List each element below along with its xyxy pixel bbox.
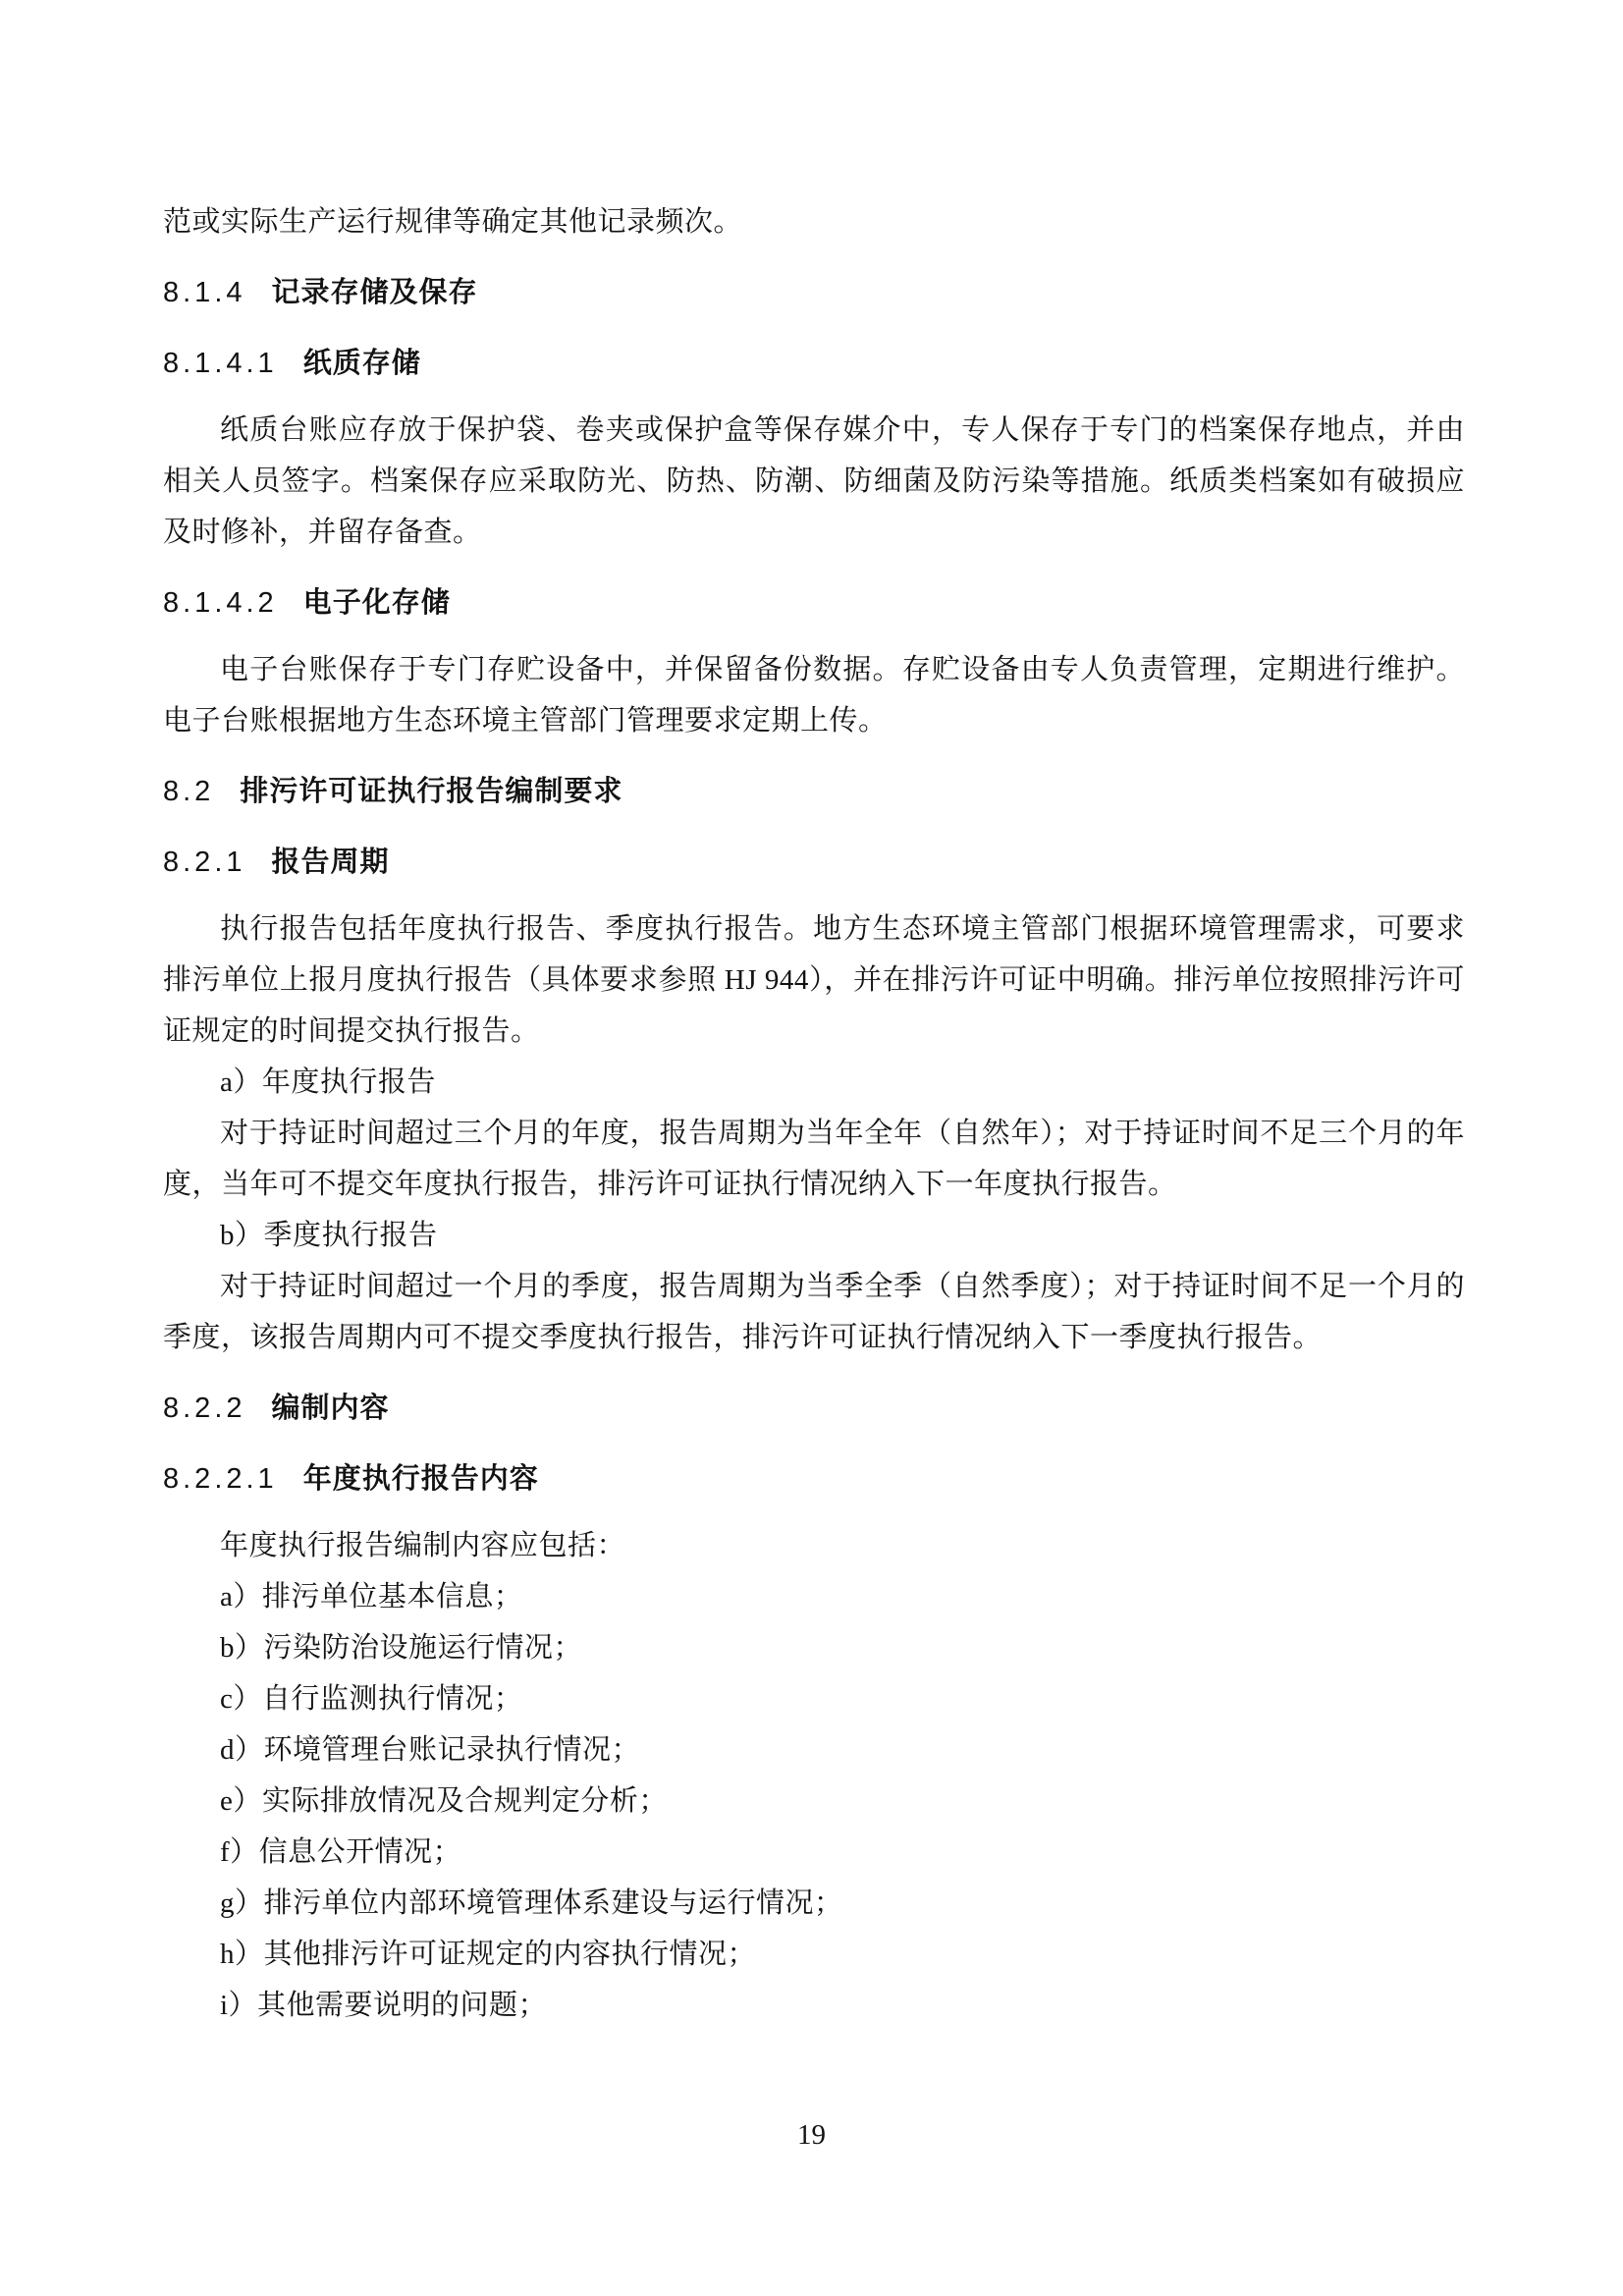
heading-number: 8.2 [163,776,214,807]
page-number: 19 [0,2119,1623,2152]
list-item-b: b）污染防治设施运行情况； [163,1622,1465,1673]
list-label-quarterly-report: b）季度执行报告 [163,1210,1465,1261]
heading-8-1-4-1: 8.1.4.1纸质存储 [163,338,1465,389]
heading-title: 排污许可证执行报告编制要求 [240,776,622,807]
paragraph-report-cycle: 执行报告包括年度执行报告、季度执行报告。地方生态环境主管部门根据环境管理需求，可… [163,903,1465,1057]
list-item-g: g）排污单位内部环境管理体系建设与运行情况； [163,1878,1465,1929]
heading-8-1-4: 8.1.4记录存储及保存 [163,267,1465,318]
heading-number: 8.1.4.1 [163,348,278,379]
heading-number: 8.2.2.1 [163,1463,278,1495]
paragraph-annual-report-rule: 对于持证时间超过三个月的年度，报告周期为当年全年（自然年）；对于持证时间不足三个… [163,1108,1465,1210]
list-item-i: i）其他需要说明的问题； [163,1980,1465,2031]
list-item-c: c）自行监测执行情况； [163,1673,1465,1724]
list-item-h: h）其他排污许可证规定的内容执行情况； [163,1929,1465,1980]
paragraph-paper-storage: 纸质台账应存放于保护袋、卷夹或保护盒等保存媒介中，专人保存于专门的档案保存地点，… [163,405,1465,558]
list-item-d: d）环境管理台账记录执行情况； [163,1724,1465,1776]
list-item-a: a）排污单位基本信息； [163,1571,1465,1622]
paragraph-annual-content-intro: 年度执行报告编制内容应包括： [163,1520,1465,1571]
heading-number: 8.2.1 [163,847,246,878]
heading-8-2-1: 8.2.1报告周期 [163,837,1465,888]
heading-number: 8.1.4.2 [163,587,278,619]
list-label-annual-report: a）年度执行报告 [163,1057,1465,1108]
heading-8-2-2-1: 8.2.2.1年度执行报告内容 [163,1453,1465,1504]
heading-title: 电子化存储 [303,587,451,619]
paragraph-quarterly-report-rule: 对于持证时间超过一个月的季度，报告周期为当季全季（自然季度）；对于持证时间不足一… [163,1261,1465,1363]
heading-title: 年度执行报告内容 [303,1463,539,1495]
list-item-e: e）实际排放情况及合规判定分析； [163,1776,1465,1827]
heading-title: 报告周期 [272,847,390,878]
document-content: 范或实际生产运行规律等确定其他记录频次。 8.1.4记录存储及保存 8.1.4.… [163,196,1465,2031]
heading-title: 纸质存储 [303,348,421,379]
list-item-f: f）信息公开情况； [163,1827,1465,1878]
heading-title: 记录存储及保存 [272,277,478,308]
heading-8-1-4-2: 8.1.4.2电子化存储 [163,577,1465,629]
heading-8-2-2: 8.2.2编制内容 [163,1383,1465,1434]
paragraph-continuation: 范或实际生产运行规律等确定其他记录频次。 [163,196,1465,247]
document-page: 范或实际生产运行规律等确定其他记录频次。 8.1.4记录存储及保存 8.1.4.… [0,0,1623,2296]
heading-title: 编制内容 [272,1393,390,1424]
heading-8-2: 8.2排污许可证执行报告编制要求 [163,766,1465,817]
heading-number: 8.2.2 [163,1393,246,1424]
heading-number: 8.1.4 [163,277,246,308]
paragraph-electronic-storage: 电子台账保存于专门存贮设备中，并保留备份数据。存贮设备由专人负责管理，定期进行维… [163,644,1465,746]
